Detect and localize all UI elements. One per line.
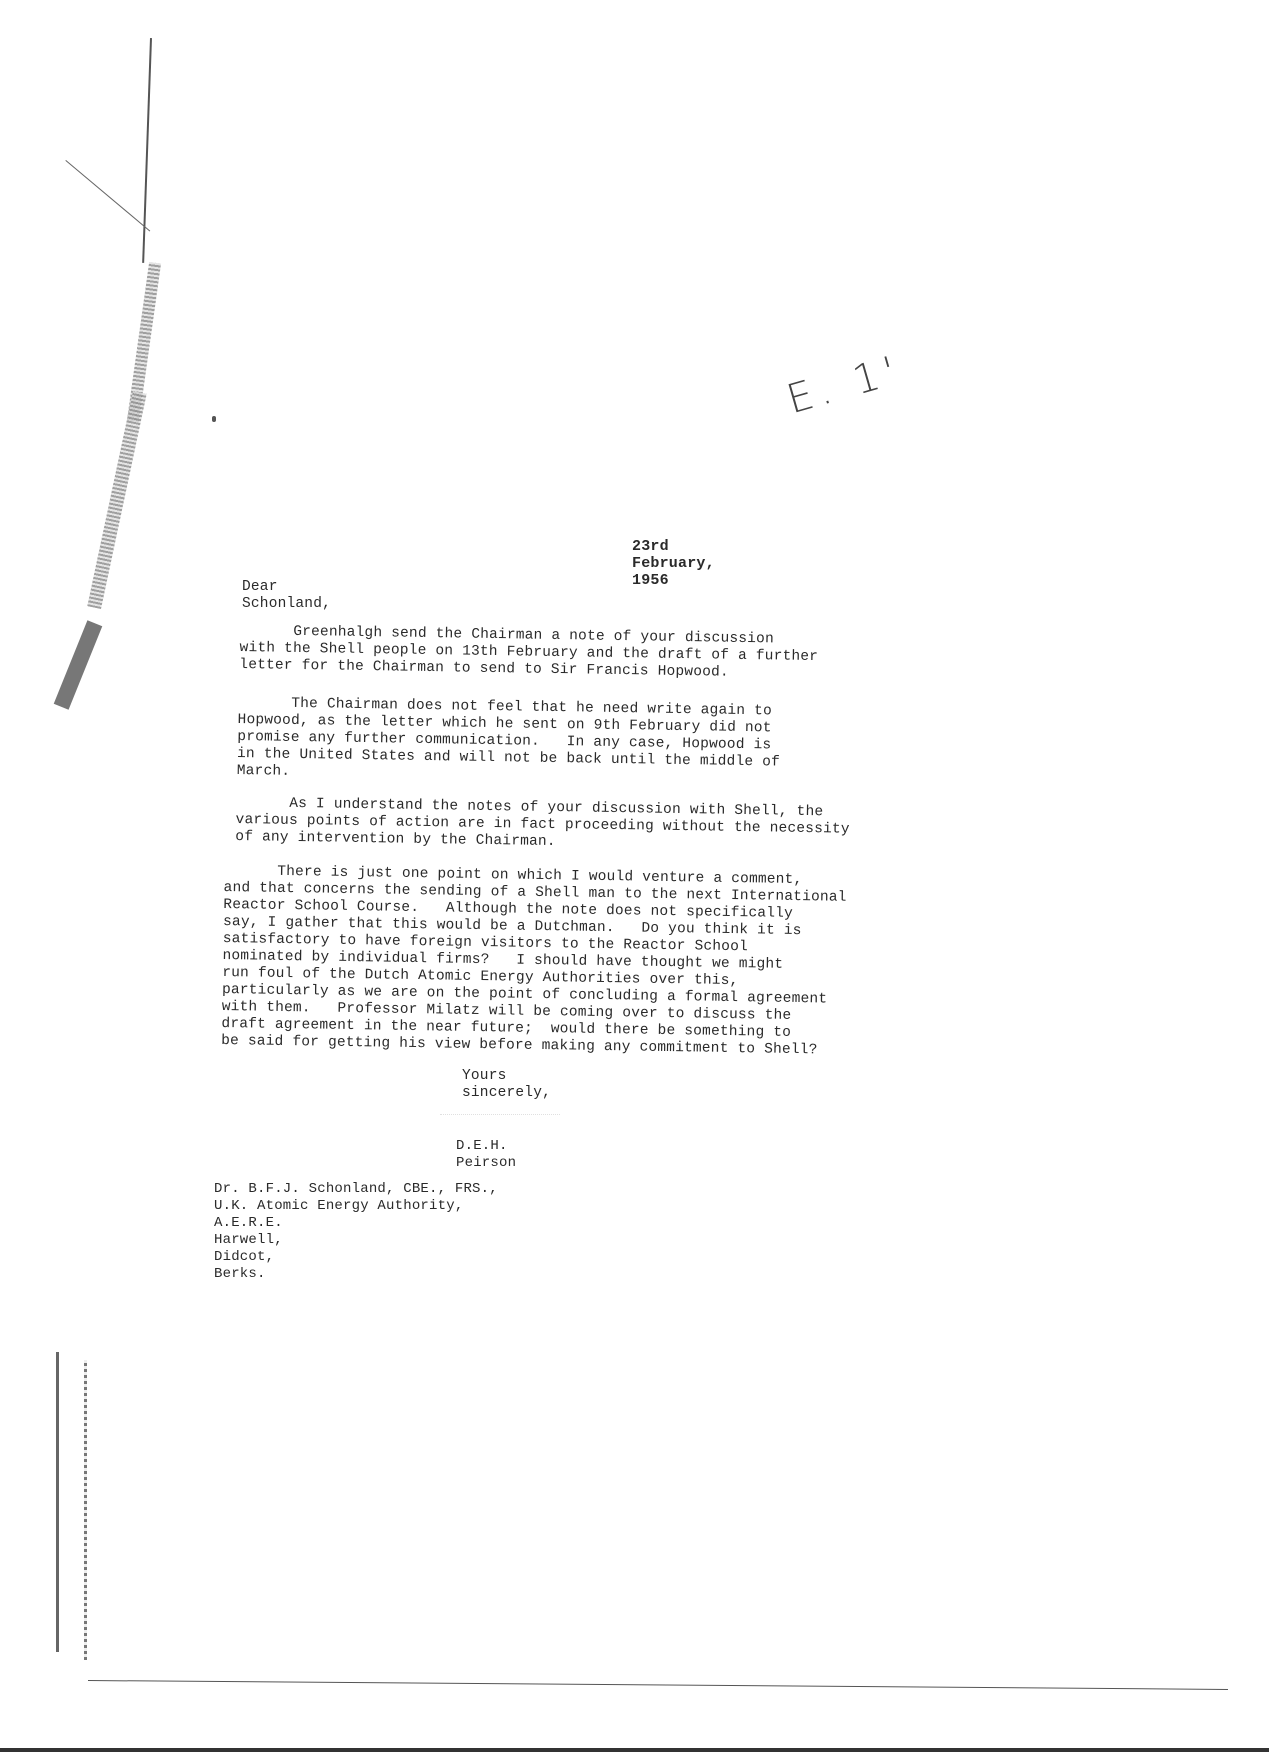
letter-date: 23rd February, 1956 — [632, 538, 715, 589]
address-line: U.K. Atomic Energy Authority, — [214, 1198, 498, 1215]
scan-artifact-diagonal — [65, 160, 150, 231]
recipient-address: Dr. B.F.J. Schonland, CBE., FRS., U.K. A… — [214, 1181, 498, 1283]
scanned-letter-page: E. 1' 23rd February, 1956 Dear Schonland… — [0, 0, 1269, 1752]
address-line: Dr. B.F.J. Schonland, CBE., FRS., — [214, 1181, 498, 1198]
letter-paragraph: The Chairman does not feel that he need … — [237, 695, 781, 789]
address-line: Berks. — [214, 1266, 498, 1283]
scan-artifact-bottom-band — [0, 1748, 1269, 1752]
scan-artifact-edge — [56, 1352, 59, 1652]
scan-artifact-bottom-rule — [88, 1680, 1228, 1690]
scan-artifact-smudge — [54, 620, 103, 709]
address-line: A.E.R.E. — [214, 1215, 498, 1232]
letter-paragraph: Greenhalgh send the Chairman a note of y… — [239, 623, 818, 683]
letter-paragraph: There is just one point on which I would… — [221, 863, 847, 1060]
scan-artifact-smudge — [87, 391, 146, 609]
letter-paragraph: As I understand the notes of your discus… — [235, 795, 850, 856]
scan-artifact-edge — [84, 1360, 87, 1660]
handwritten-annotation: E. 1' — [782, 347, 907, 424]
letter-salutation: Dear Schonland, — [242, 579, 331, 613]
letter-closing: Yours sincerely, — [462, 1068, 551, 1102]
address-line: Didcot, — [214, 1249, 498, 1266]
address-line: Harwell, — [214, 1232, 498, 1249]
scan-artifact-speck — [212, 416, 216, 422]
letter-signatory: D.E.H. Peirson — [456, 1138, 516, 1172]
signature-mark — [440, 1106, 560, 1115]
